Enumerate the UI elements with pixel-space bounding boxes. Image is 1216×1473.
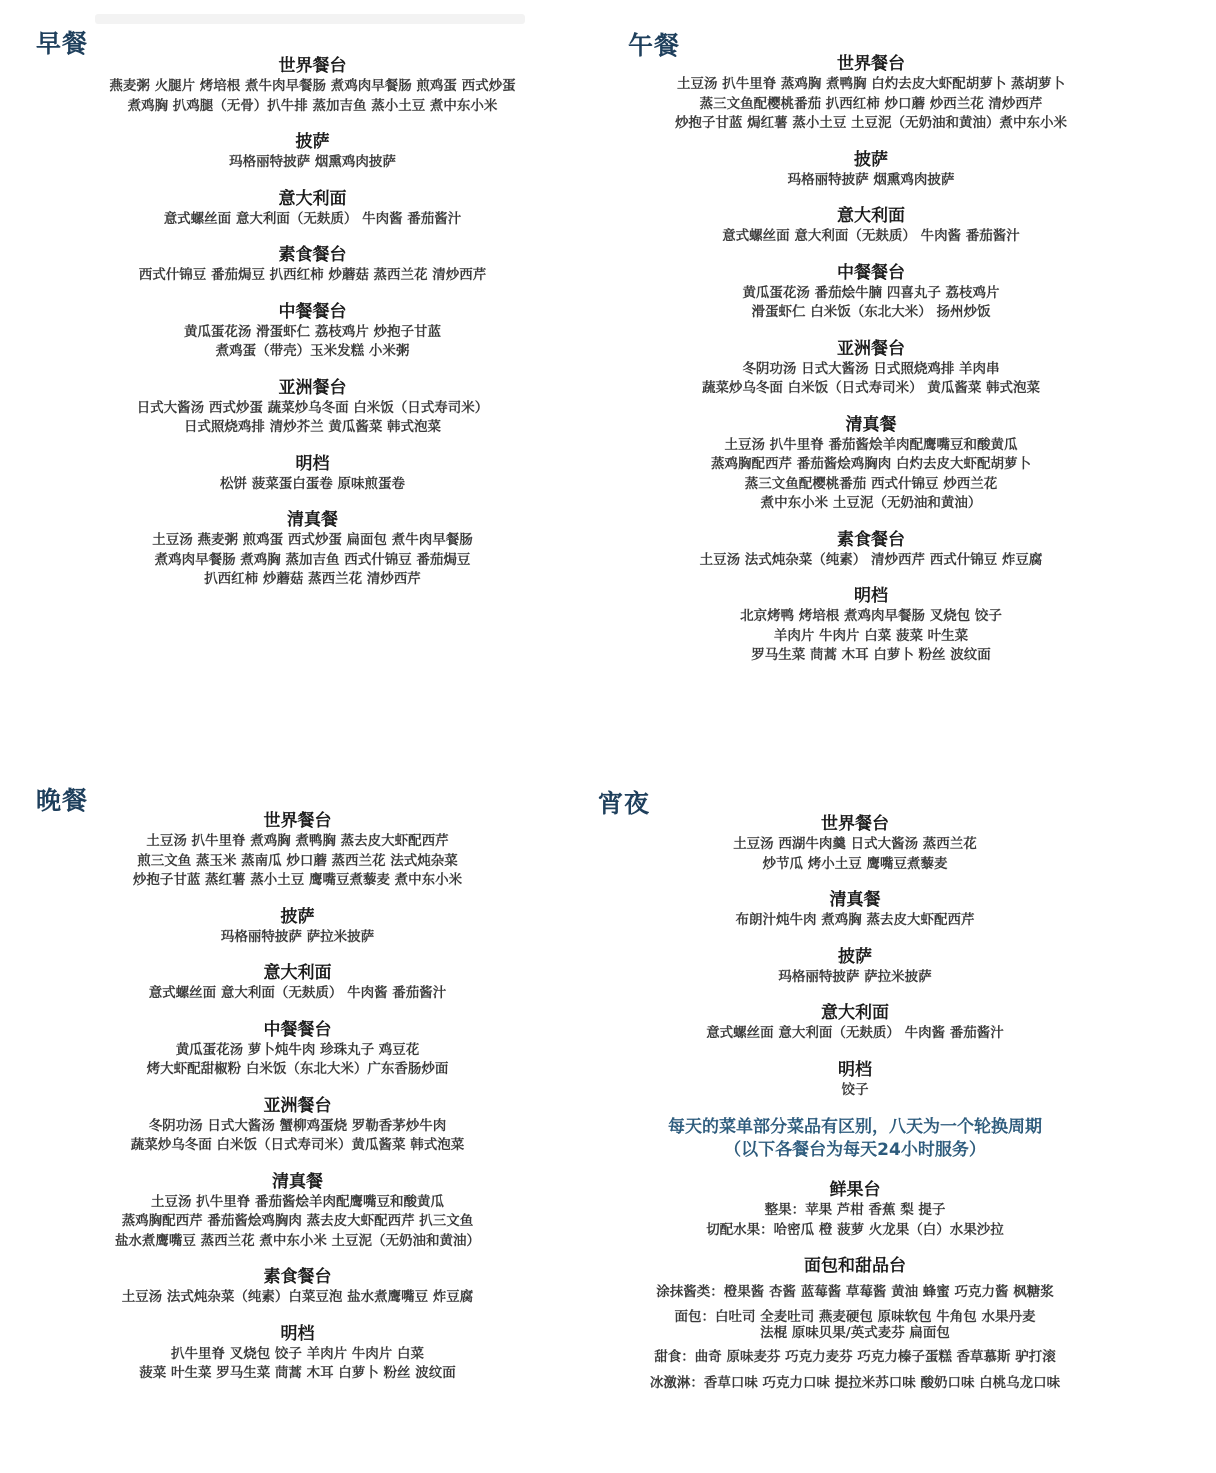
station-fruit: 鲜果台 整果：苹果 芦柑 香蕉 梨 提子 切配水果：哈密瓜 橙 菠萝 火龙果（白… [600, 1180, 1110, 1240]
station-title: 素食餐台 [60, 1267, 535, 1288]
station-line: 蒸三文鱼配樱桃番茄 西式什锦豆 炒西兰花 [630, 475, 1112, 495]
station-line: 玛格丽特披萨 烟熏鸡肉披萨 [40, 153, 585, 173]
station-block: 清真餐布朗汁炖牛肉 煮鸡胸 蒸去皮大虾配西芹 [600, 890, 1110, 931]
station-title: 意大利面 [40, 189, 585, 210]
top-decorative-bar [95, 14, 525, 24]
station-line: 黄瓜蛋花汤 滑蛋虾仁 荔枝鸡片 炒抱子甘蓝 [40, 323, 585, 343]
breakfast-stations: 世界餐台燕麦粥 火腿片 烤培根 煮牛肉早餐肠 煮鸡肉早餐肠 煎鸡蛋 西式炒蛋煮鸡… [40, 56, 585, 606]
station-block: 亚洲餐台冬阴功汤 日式大酱汤 日式照烧鸡排 羊肉串蔬菜炒乌冬面 白米饭（日式寿司… [630, 339, 1112, 399]
station-title: 明档 [630, 586, 1112, 607]
station-line-bread: 面包：白吐司 全麦吐司 燕麦硬包 原味软包 牛角包 水果丹麦 [600, 1309, 1110, 1325]
station-block: 披萨玛格丽特披萨 萨拉米披萨 [600, 947, 1110, 988]
station-block: 素食餐台土豆汤 法式炖杂菜（纯素） 清炒西芹 西式什锦豆 炸豆腐 [630, 530, 1112, 571]
station-block: 世界餐台燕麦粥 火腿片 烤培根 煮牛肉早餐肠 煮鸡肉早餐肠 煎鸡蛋 西式炒蛋煮鸡… [40, 56, 585, 116]
station-line: 扒牛里脊 叉烧包 饺子 羊肉片 牛肉片 白菜 [60, 1345, 535, 1365]
station-line: 北京烤鸭 烤培根 煮鸡肉早餐肠 叉烧包 饺子 [630, 607, 1112, 627]
station-line: 松饼 菠菜蛋白蛋卷 原味煎蛋卷 [40, 475, 585, 495]
station-line-bread: 法棍 原味贝果/英式麦芬 扁面包 [600, 1325, 1110, 1341]
station-title: 披萨 [40, 132, 585, 153]
station-line: 煮中东小米 土豆泥（无奶油和黄油） [630, 494, 1112, 514]
station-title: 素食餐台 [630, 530, 1112, 551]
station-line: 炒抱子甘蓝 焗红薯 蒸小土豆 土豆泥（无奶油和黄油）煮中东小米 [630, 114, 1112, 134]
station-line: 土豆汤 法式炖杂菜（纯素）白菜豆泡 盐水煮鹰嘴豆 炸豆腐 [60, 1288, 535, 1308]
station-title: 清真餐 [40, 510, 585, 531]
station-line: 煮鸡肉早餐肠 煮鸡胸 蒸加吉鱼 西式什锦豆 番茄焗豆 [40, 551, 585, 571]
station-title: 披萨 [600, 947, 1110, 968]
station-block: 明档松饼 菠菜蛋白蛋卷 原味煎蛋卷 [40, 454, 585, 495]
station-title: 中餐餐台 [40, 302, 585, 323]
station-line-desserts: 甜食：曲奇 原味麦芬 巧克力麦芬 巧克力榛子蛋糕 香草慕斯 驴打滚 [600, 1348, 1110, 1367]
station-line: 土豆汤 扒牛里脊 煮鸡胸 煮鸭胸 蒸去皮大虾配西芹 [60, 832, 535, 852]
station-line: 整果：苹果 芦柑 香蕉 梨 提子 [600, 1201, 1110, 1221]
station-block: 披萨玛格丽特披萨 烟熏鸡肉披萨 [630, 150, 1112, 191]
station-title: 亚洲餐台 [60, 1096, 535, 1117]
station-block: 素食餐台土豆汤 法式炖杂菜（纯素）白菜豆泡 盐水煮鹰嘴豆 炸豆腐 [60, 1267, 535, 1308]
station-title: 素食餐台 [40, 245, 585, 266]
station-line: 蔬菜炒乌冬面 白米饭（日式寿司米） 黄瓜酱菜 韩式泡菜 [630, 379, 1112, 399]
station-title: 清真餐 [630, 415, 1112, 436]
station-block: 清真餐土豆汤 燕麦粥 煎鸡蛋 西式炒蛋 扁面包 煮牛肉早餐肠煮鸡肉早餐肠 煮鸡胸… [40, 510, 585, 590]
station-line: 西式什锦豆 番茄焗豆 扒西红柿 炒蘑菇 蒸西兰花 清炒西芹 [40, 266, 585, 286]
station-line: 煮鸡蛋（带壳）玉米发糕 小米粥 [40, 342, 585, 362]
station-line: 蒸鸡胸配西芹 番茄酱烩鸡胸肉 蒸去皮大虾配西芹 扒三文鱼 [60, 1212, 535, 1232]
station-title: 披萨 [630, 150, 1112, 171]
station-line: 玛格丽特披萨 萨拉米披萨 [600, 968, 1110, 988]
station-title: 明档 [600, 1060, 1110, 1081]
station-line: 土豆汤 燕麦粥 煎鸡蛋 西式炒蛋 扁面包 煮牛肉早餐肠 [40, 531, 585, 551]
station-line: 冬阴功汤 日式大酱汤 蟹柳鸡蛋烧 罗勒香茅炒牛肉 [60, 1117, 535, 1137]
station-line-ice-cream: 冰激淋：香草口味 巧克力口味 提拉米苏口味 酸奶口味 白桃乌龙口味 [600, 1374, 1110, 1393]
station-title: 中餐餐台 [60, 1020, 535, 1041]
station-line: 黄瓜蛋花汤 番茄烩牛腩 四喜丸子 荔枝鸡片 [630, 284, 1112, 304]
station-line: 意式螺丝面 意大利面（无麸质） 牛肉酱 番茄酱汁 [600, 1024, 1110, 1044]
station-block: 中餐餐台黄瓜蛋花汤 滑蛋虾仁 荔枝鸡片 炒抱子甘蓝煮鸡蛋（带壳）玉米发糕 小米粥 [40, 302, 585, 362]
station-line: 蔬菜炒乌冬面 白米饭（日式寿司米）黄瓜酱菜 韩式泡菜 [60, 1136, 535, 1156]
station-line: 滑蛋虾仁 白米饭（东北大米） 扬州炒饭 [630, 303, 1112, 323]
rotation-notice: 每天的菜单部分菜品有区别，八天为一个轮换周期 （以下各餐台为每天24小时服务） [600, 1116, 1110, 1162]
station-title: 世界餐台 [40, 56, 585, 77]
station-title: 清真餐 [60, 1172, 535, 1193]
rotation-notice-line-2: （以下各餐台为每天24小时服务） [600, 1139, 1110, 1162]
station-title: 世界餐台 [630, 54, 1112, 75]
station-line: 意式螺丝面 意大利面（无麸质） 牛肉酱 番茄酱汁 [60, 984, 535, 1004]
late-night-stations: 世界餐台土豆汤 西湖牛肉羹 日式大酱汤 蒸西兰花炒节瓜 烤小土豆 鹰嘴豆煮藜麦清… [600, 814, 1110, 1409]
station-line: 土豆汤 扒牛里脊 番茄酱烩羊肉配鹰嘴豆和酸黄瓜 [60, 1193, 535, 1213]
station-line: 盐水煮鹰嘴豆 蒸西兰花 煮中东小米 土豆泥（无奶油和黄油） [60, 1232, 535, 1252]
station-block: 中餐餐台黄瓜蛋花汤 番茄烩牛腩 四喜丸子 荔枝鸡片滑蛋虾仁 白米饭（东北大米） … [630, 263, 1112, 323]
station-line: 烤大虾配甜椒粉 白米饭（东北大米）广东香肠炒面 [60, 1060, 535, 1080]
station-line: 日式大酱汤 西式炒蛋 蔬菜炒乌冬面 白米饭（日式寿司米） [40, 399, 585, 419]
station-line: 炒抱子甘蓝 蒸红薯 蒸小土豆 鹰嘴豆煮藜麦 煮中东小米 [60, 871, 535, 891]
station-block: 世界餐台土豆汤 扒牛里脊 蒸鸡胸 煮鸭胸 白灼去皮大虾配胡萝卜 蒸胡萝卜蒸三文鱼… [630, 54, 1112, 134]
station-line: 羊肉片 牛肉片 白菜 菠菜 叶生菜 [630, 627, 1112, 647]
station-block: 亚洲餐台冬阴功汤 日式大酱汤 蟹柳鸡蛋烧 罗勒香茅炒牛肉蔬菜炒乌冬面 白米饭（日… [60, 1096, 535, 1156]
station-line: 罗马生菜 茼蒿 木耳 白萝卜 粉丝 波纹面 [630, 646, 1112, 666]
station-line-spreads: 涂抹酱类：橙果酱 杏酱 蓝莓酱 草莓酱 黄油 蜂蜜 巧克力酱 枫糖浆 [600, 1283, 1110, 1302]
station-line: 日式照烧鸡排 清炒芥兰 黄瓜酱菜 韩式泡菜 [40, 418, 585, 438]
station-line: 蒸三文鱼配樱桃番茄 扒西红柿 炒口蘑 炒西兰花 清炒西芹 [630, 95, 1112, 115]
station-title: 世界餐台 [600, 814, 1110, 835]
station-block: 明档饺子 [600, 1060, 1110, 1101]
late-night-main-stations: 世界餐台土豆汤 西湖牛肉羹 日式大酱汤 蒸西兰花炒节瓜 烤小土豆 鹰嘴豆煮藜麦清… [600, 814, 1110, 1100]
station-bread-dessert: 面包和甜品台 涂抹酱类：橙果酱 杏酱 蓝莓酱 草莓酱 黄油 蜂蜜 巧克力酱 枫糖… [600, 1256, 1110, 1393]
station-line: 切配水果：哈密瓜 橙 菠萝 火龙果（白）水果沙拉 [600, 1221, 1110, 1241]
rotation-notice-line-1: 每天的菜单部分菜品有区别，八天为一个轮换周期 [600, 1116, 1110, 1139]
station-title: 亚洲餐台 [40, 378, 585, 399]
station-line: 土豆汤 西湖牛肉羹 日式大酱汤 蒸西兰花 [600, 835, 1110, 855]
station-title: 世界餐台 [60, 811, 535, 832]
station-block: 意大利面意式螺丝面 意大利面（无麸质） 牛肉酱 番茄酱汁 [600, 1003, 1110, 1044]
station-title: 披萨 [60, 907, 535, 928]
station-line: 菠菜 叶生菜 罗马生菜 茼蒿 木耳 白萝卜 粉丝 波纹面 [60, 1364, 535, 1384]
station-line: 土豆汤 扒牛里脊 番茄酱烩羊肉配鹰嘴豆和酸黄瓜 [630, 436, 1112, 456]
station-title: 中餐餐台 [630, 263, 1112, 284]
station-block: 明档扒牛里脊 叉烧包 饺子 羊肉片 牛肉片 白菜菠菜 叶生菜 罗马生菜 茼蒿 木… [60, 1324, 535, 1384]
station-block: 世界餐台土豆汤 西湖牛肉羹 日式大酱汤 蒸西兰花炒节瓜 烤小土豆 鹰嘴豆煮藜麦 [600, 814, 1110, 874]
station-line: 煮鸡胸 扒鸡腿（无骨）扒牛排 蒸加吉鱼 蒸小土豆 煮中东小米 [40, 97, 585, 117]
station-line: 土豆汤 扒牛里脊 蒸鸡胸 煮鸭胸 白灼去皮大虾配胡萝卜 蒸胡萝卜 [630, 75, 1112, 95]
station-block: 清真餐土豆汤 扒牛里脊 番茄酱烩羊肉配鹰嘴豆和酸黄瓜蒸鸡胸配西芹 番茄酱烩鸡胸肉… [60, 1172, 535, 1252]
station-line: 意式螺丝面 意大利面（无麸质） 牛肉酱 番茄酱汁 [40, 210, 585, 230]
station-line: 蒸鸡胸配西芹 番茄酱烩鸡胸肉 白灼去皮大虾配胡萝卜 [630, 455, 1112, 475]
station-title: 意大利面 [630, 206, 1112, 227]
station-block: 中餐餐台黄瓜蛋花汤 萝卜炖牛肉 珍珠丸子 鸡豆花烤大虾配甜椒粉 白米饭（东北大米… [60, 1020, 535, 1080]
station-line: 饺子 [600, 1081, 1110, 1101]
station-line: 玛格丽特披萨 烟熏鸡肉披萨 [630, 171, 1112, 191]
station-block: 披萨玛格丽特披萨 烟熏鸡肉披萨 [40, 132, 585, 173]
station-block: 清真餐土豆汤 扒牛里脊 番茄酱烩羊肉配鹰嘴豆和酸黄瓜蒸鸡胸配西芹 番茄酱烩鸡胸肉… [630, 415, 1112, 514]
station-title: 意大利面 [60, 963, 535, 984]
station-title: 鲜果台 [600, 1180, 1110, 1201]
station-line: 黄瓜蛋花汤 萝卜炖牛肉 珍珠丸子 鸡豆花 [60, 1041, 535, 1061]
station-title: 面包和甜品台 [600, 1256, 1110, 1277]
station-title: 亚洲餐台 [630, 339, 1112, 360]
lunch-stations: 世界餐台土豆汤 扒牛里脊 蒸鸡胸 煮鸭胸 白灼去皮大虾配胡萝卜 蒸胡萝卜蒸三文鱼… [630, 54, 1112, 682]
station-block: 意大利面意式螺丝面 意大利面（无麸质） 牛肉酱 番茄酱汁 [630, 206, 1112, 247]
station-title: 明档 [60, 1324, 535, 1345]
station-line: 土豆汤 法式炖杂菜（纯素） 清炒西芹 西式什锦豆 炸豆腐 [630, 551, 1112, 571]
station-line: 布朗汁炖牛肉 煮鸡胸 蒸去皮大虾配西芹 [600, 911, 1110, 931]
station-block: 世界餐台土豆汤 扒牛里脊 煮鸡胸 煮鸭胸 蒸去皮大虾配西芹煎三文鱼 蒸玉米 蒸南… [60, 811, 535, 891]
meal-title-breakfast: 早餐 [36, 24, 88, 60]
station-block: 意大利面意式螺丝面 意大利面（无麸质） 牛肉酱 番茄酱汁 [60, 963, 535, 1004]
station-block: 披萨玛格丽特披萨 萨拉米披萨 [60, 907, 535, 948]
station-block: 亚洲餐台日式大酱汤 西式炒蛋 蔬菜炒乌冬面 白米饭（日式寿司米）日式照烧鸡排 清… [40, 378, 585, 438]
station-line: 煎三文鱼 蒸玉米 蒸南瓜 炒口蘑 蒸西兰花 法式炖杂菜 [60, 852, 535, 872]
station-line: 炒节瓜 烤小土豆 鹰嘴豆煮藜麦 [600, 855, 1110, 875]
dinner-stations: 世界餐台土豆汤 扒牛里脊 煮鸡胸 煮鸭胸 蒸去皮大虾配西芹煎三文鱼 蒸玉米 蒸南… [60, 811, 535, 1400]
station-line: 意式螺丝面 意大利面（无麸质） 牛肉酱 番茄酱汁 [630, 227, 1112, 247]
station-line: 扒西红柿 炒蘑菇 蒸西兰花 清炒西芹 [40, 570, 585, 590]
station-title: 清真餐 [600, 890, 1110, 911]
station-title: 意大利面 [600, 1003, 1110, 1024]
station-line: 玛格丽特披萨 萨拉米披萨 [60, 928, 535, 948]
station-title: 明档 [40, 454, 585, 475]
station-line: 燕麦粥 火腿片 烤培根 煮牛肉早餐肠 煮鸡肉早餐肠 煎鸡蛋 西式炒蛋 [40, 77, 585, 97]
station-block: 素食餐台西式什锦豆 番茄焗豆 扒西红柿 炒蘑菇 蒸西兰花 清炒西芹 [40, 245, 585, 286]
station-line: 冬阴功汤 日式大酱汤 日式照烧鸡排 羊肉串 [630, 360, 1112, 380]
station-block: 意大利面意式螺丝面 意大利面（无麸质） 牛肉酱 番茄酱汁 [40, 189, 585, 230]
station-block: 明档北京烤鸭 烤培根 煮鸡肉早餐肠 叉烧包 饺子羊肉片 牛肉片 白菜 菠菜 叶生… [630, 586, 1112, 666]
